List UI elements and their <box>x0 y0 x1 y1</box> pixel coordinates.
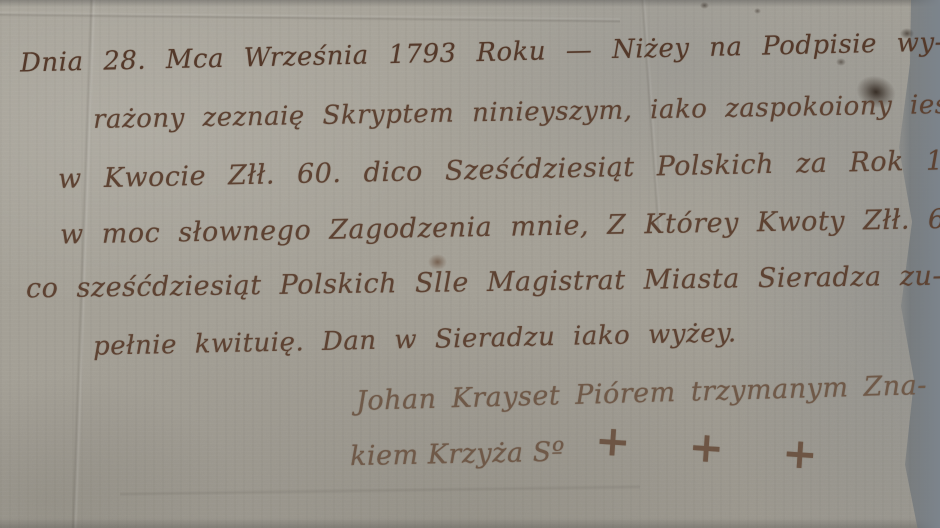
manuscript-photo: Dnia 28. Mca Września 1793 Roku — Niżey … <box>0 0 940 528</box>
manuscript-signature-line-1: Johan Krayset Piórem trzymanym Zna- <box>356 370 928 417</box>
manuscript-line-2: rażony zeznaię Skryptem ninieyszym, iako… <box>93 89 940 135</box>
manuscript-line-6: pełnie kwituię. Dan w Sieradzu iako wyże… <box>93 318 737 361</box>
manuscript-signature-line-2-text: kiem Krzyża Sº <box>350 436 565 471</box>
manuscript-line-5: co sześćdziesiąt Polskich Slle Magistrat… <box>26 261 940 305</box>
manuscript-line-1: Dnia 28. Mca Września 1793 Roku — Niżey … <box>20 28 940 79</box>
cross-signature-marks: + + + <box>594 419 841 477</box>
handwritten-text-layer: Dnia 28. Mca Września 1793 Roku — Niżey … <box>0 0 940 528</box>
manuscript-signature-line-2: kiem Krzyża Sº + + + <box>350 425 840 477</box>
manuscript-line-3: w Kwocie Złł. 60. dico Sześćdziesiąt Pol… <box>58 144 940 195</box>
manuscript-line-4: w moc słownego Zagodzenia mnie, Z Którey… <box>60 203 940 251</box>
